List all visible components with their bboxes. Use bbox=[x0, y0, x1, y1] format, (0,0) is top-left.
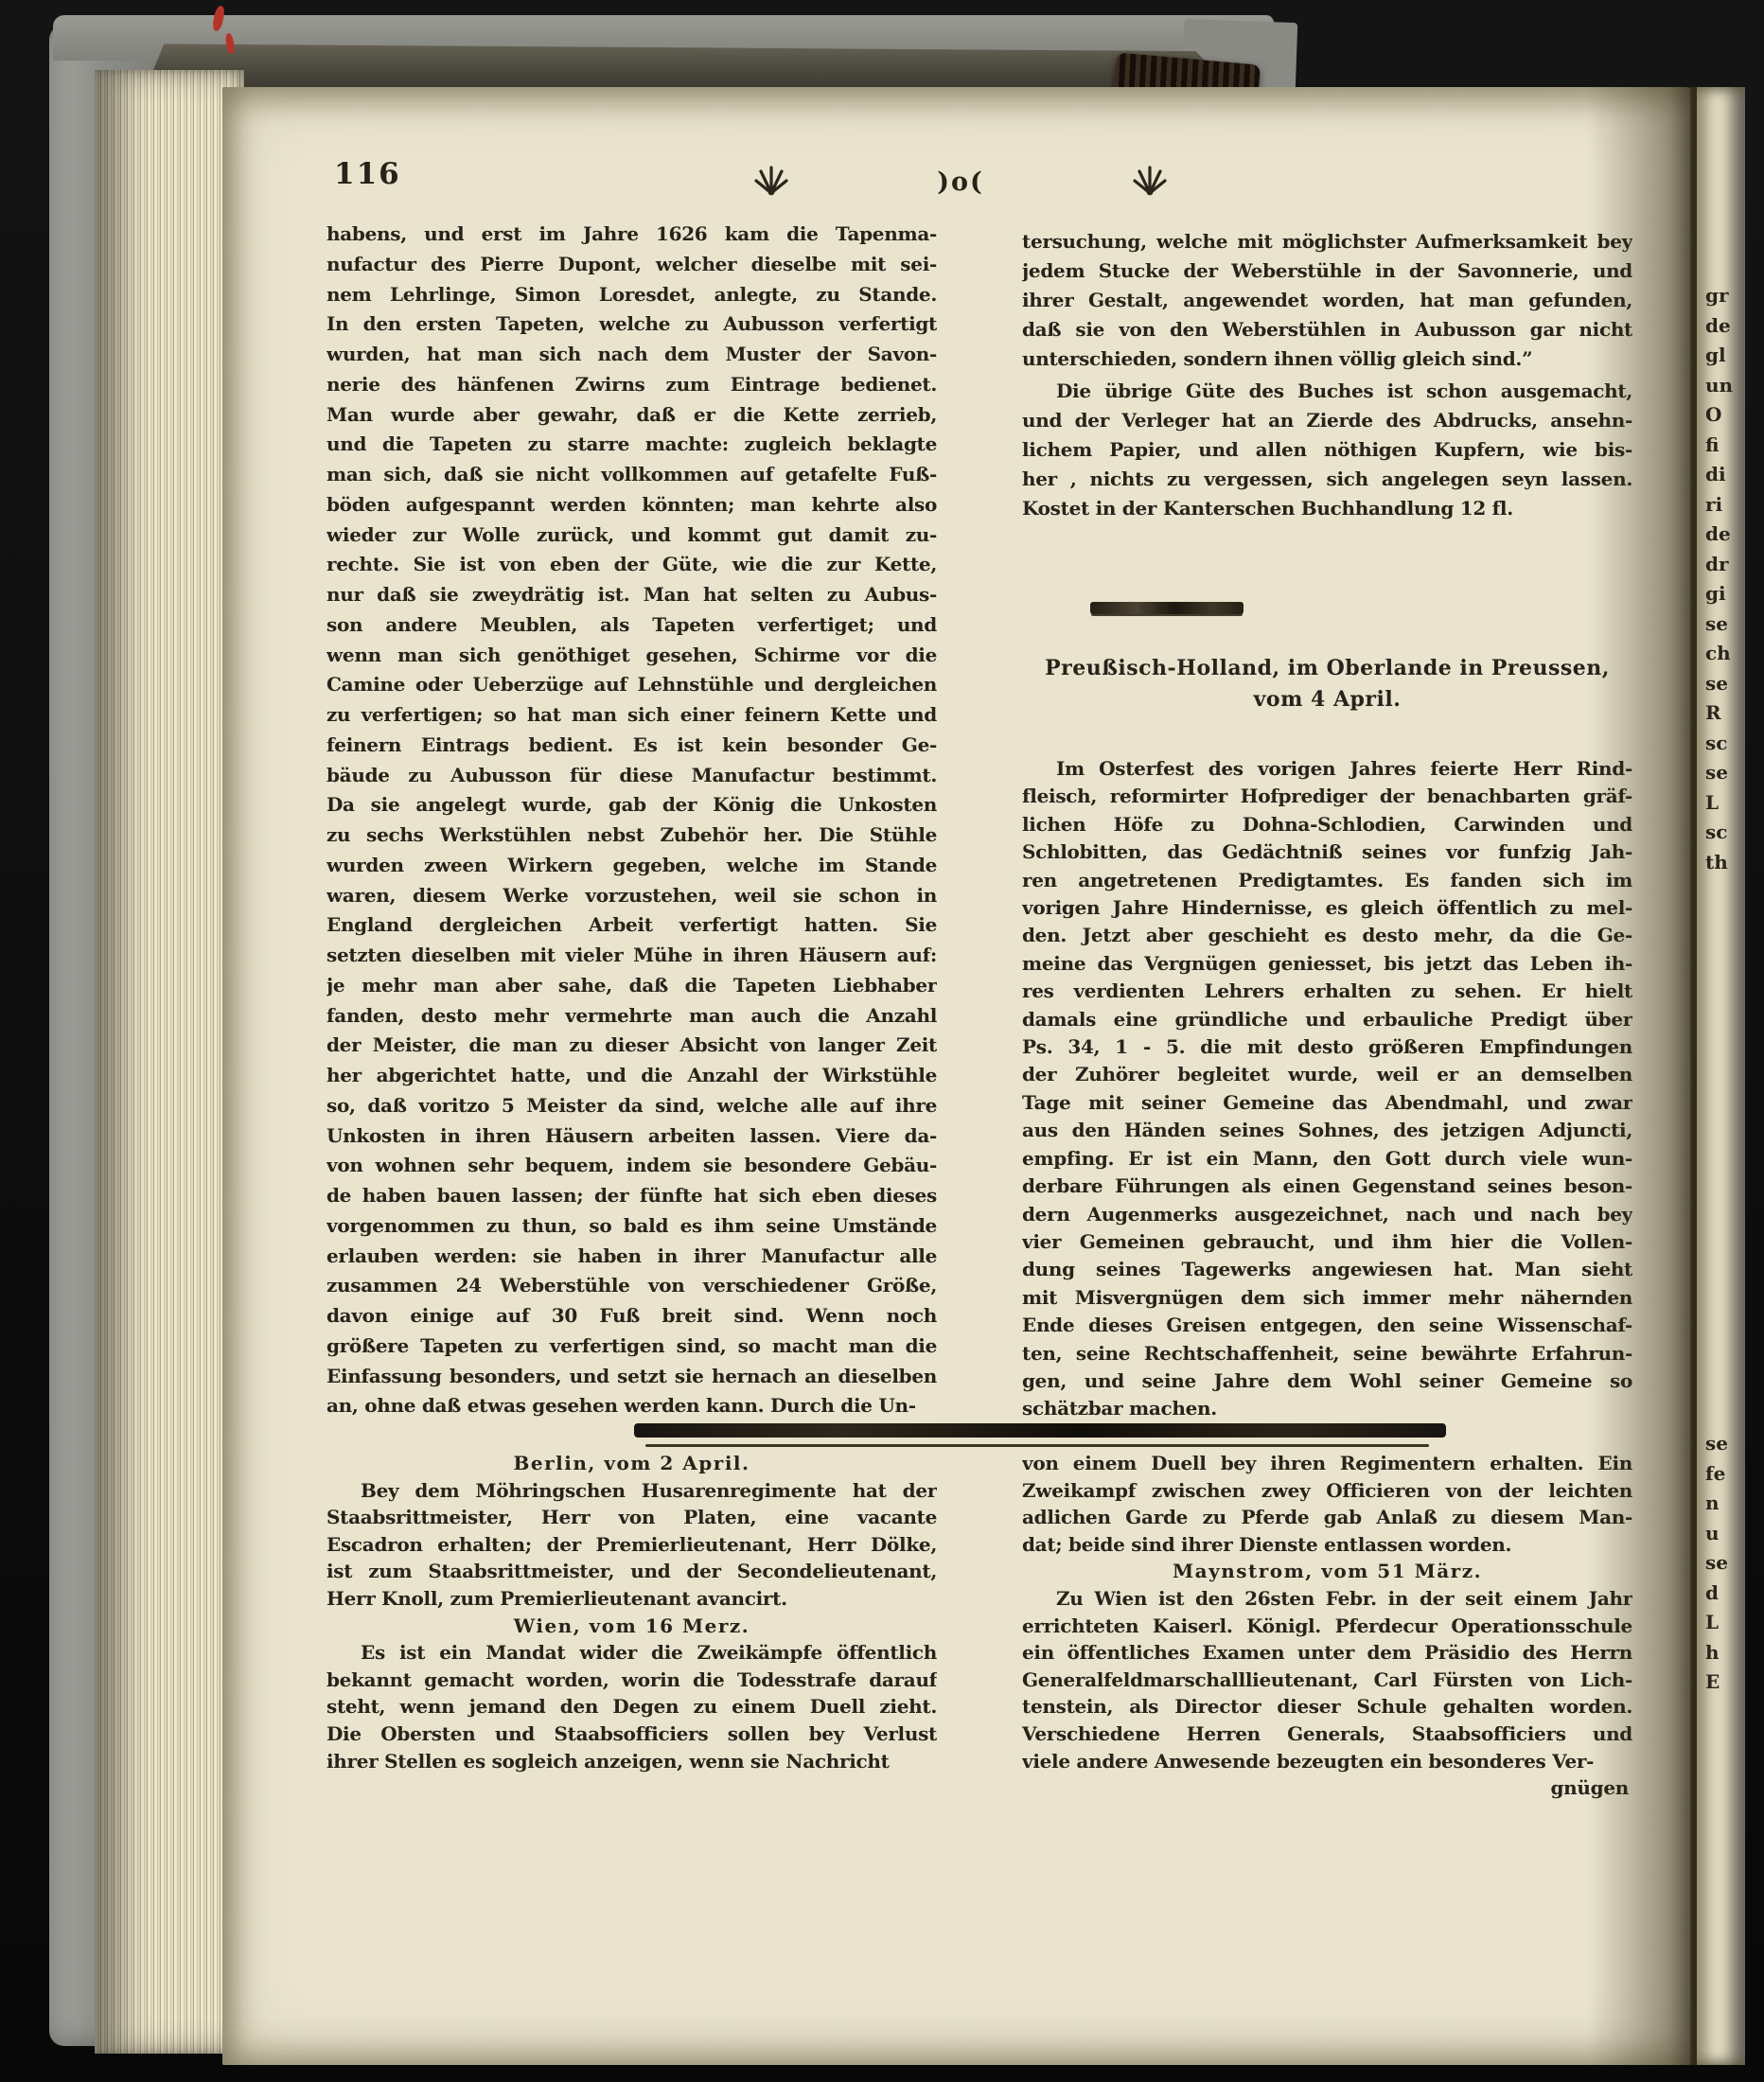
text-line: se bbox=[1705, 1548, 1745, 1579]
text-line: Im Osterfest des vorigen Jahres feierte … bbox=[1022, 755, 1632, 783]
paragraph-maynstrom: Zu Wien ist den 26sten Febr. in der seit… bbox=[1022, 1585, 1632, 1774]
text-line: gr bbox=[1705, 281, 1745, 311]
text-line: h bbox=[1705, 1638, 1745, 1668]
text-line: sc bbox=[1705, 729, 1745, 759]
text-line: unterschieden, sondern ihnen völlig glei… bbox=[1022, 344, 1632, 374]
text-line: und der Verleger hat an Zierde des Abdru… bbox=[1022, 406, 1632, 435]
text-line: res verdienten Lehrers erhalten zu sehen… bbox=[1022, 978, 1632, 1005]
text-line: dat; beide sind ihrer Dienste entlassen … bbox=[1022, 1531, 1632, 1559]
scanned-book-photo: 116 )o( habens, und erst im Jahre 1626 k… bbox=[0, 0, 1764, 2082]
text-line: vier Gemeinen gebraucht, und ihm hier di… bbox=[1022, 1228, 1632, 1256]
text-line: wurden zween Wirkern gegeben, welche im … bbox=[326, 851, 937, 881]
text-line: derbare Führungen als einen Gegenstand s… bbox=[1022, 1173, 1632, 1200]
heading-line: Preußisch-Holland, im Oberlande in Preus… bbox=[1022, 653, 1632, 684]
text-line: den. Jetzt aber geschieht es desto mehr,… bbox=[1022, 922, 1632, 949]
text-line: L bbox=[1705, 1608, 1745, 1638]
next-page-text-fragments: sefenusedLhE bbox=[1705, 1429, 1745, 1698]
text-line: wurden, hat man sich nach dem Muster der… bbox=[326, 340, 937, 370]
paragraph-book-notice: Die übrige Güte des Buches ist schon aus… bbox=[1022, 377, 1632, 523]
text-line: Da sie angelegt wurde, gab der König die… bbox=[326, 790, 937, 820]
text-line: so, daß voritzo 5 Meister da sind, welch… bbox=[326, 1091, 937, 1121]
text-line: ihrer Gestalt, angewendet worden, hat ma… bbox=[1022, 286, 1632, 315]
text-line: ein öffentliches Examen unter dem Präsid… bbox=[1022, 1639, 1632, 1667]
text-line: nur daß sie zweydrätig ist. Man hat selt… bbox=[326, 580, 937, 610]
text-line: Generalfeldmarschalllieutenant, Carl Für… bbox=[1022, 1667, 1632, 1694]
text-line: meine das Vergnügen geniesset, bis jetzt… bbox=[1022, 950, 1632, 978]
text-line: Unkosten in ihren Häusern arbeiten lasse… bbox=[326, 1121, 937, 1152]
text-line: d bbox=[1705, 1579, 1745, 1609]
text-line: Herr Knoll, zum Premierlieutenant avanci… bbox=[326, 1585, 937, 1613]
next-page-text-fragments: grdeglunOfidiridedrgisechseRscseLscth bbox=[1705, 281, 1745, 877]
text-line: lichen Höfe zu Dohna-Schlodien, Carwinde… bbox=[1022, 811, 1632, 838]
text-line: bekannt gemacht worden, worin die Todess… bbox=[326, 1667, 937, 1694]
text-line: Die übrige Güte des Buches ist schon aus… bbox=[1022, 377, 1632, 406]
text-line: vorigen Jahre Hindernisse, es gleich öff… bbox=[1022, 894, 1632, 922]
text-line: ri bbox=[1705, 490, 1745, 520]
dateline-maynstrom: Maynstrom, vom 51 März. bbox=[1022, 1558, 1632, 1585]
text-line: Es ist ein Mandat wider die Zweikämpfe ö… bbox=[326, 1639, 937, 1667]
left-text-column: habens, und erst im Jahre 1626 kam die T… bbox=[326, 220, 937, 1421]
dateline-wien: Wien, vom 16 Merz. bbox=[326, 1613, 937, 1640]
book-page: 116 )o( habens, und erst im Jahre 1626 k… bbox=[222, 87, 1692, 2065]
text-line: ch bbox=[1705, 639, 1745, 669]
text-line: zu verfertigen; so hat man sich einer fe… bbox=[326, 700, 937, 731]
text-line: daß sie von den Weberstühlen in Aubusson… bbox=[1022, 315, 1632, 344]
text-line: fe bbox=[1705, 1459, 1745, 1490]
catchword: gnügen bbox=[1022, 1774, 1632, 1802]
text-line: O bbox=[1705, 400, 1745, 431]
text-line: sc bbox=[1705, 818, 1745, 848]
text-line: Zu Wien ist den 26sten Febr. in der seit… bbox=[1022, 1585, 1632, 1613]
signature-mark: )o( bbox=[937, 168, 984, 197]
text-line: davon einige auf 30 Fuß breit sind. Wenn… bbox=[326, 1301, 937, 1332]
text-line: Kostet in der Kanterschen Buchhandlung 1… bbox=[1022, 494, 1632, 523]
text-line: Tage mit seiner Gemeine das Abendmahl, u… bbox=[1022, 1089, 1632, 1117]
text-line: nem Lehrlinge, Simon Loresdet, anlegte, … bbox=[326, 280, 937, 310]
bottom-right-column: von einem Duell bey ihren Regimentern er… bbox=[1022, 1450, 1632, 1802]
text-line: Zweikampf zwischen zwey Officieren von d… bbox=[1022, 1477, 1632, 1505]
text-line: je mehr man aber sahe, daß die Tapeten L… bbox=[326, 971, 937, 1001]
paragraph-review-end: tersuchung, welche mit möglichster Aufme… bbox=[1022, 227, 1632, 374]
text-line: zu sechs Werkstühlen nebst Zubehör her. … bbox=[326, 820, 937, 851]
text-line: her abgerichtet hatte, und die Anzahl de… bbox=[326, 1061, 937, 1091]
text-line: feinern Eintrags bedient. Es ist kein be… bbox=[326, 731, 937, 761]
text-line: mit Misvergnügen dem sich immer mehr näh… bbox=[1022, 1284, 1632, 1312]
text-line: habens, und erst im Jahre 1626 kam die T… bbox=[326, 220, 937, 250]
text-line: son andere Meublen, als Tapeten verferti… bbox=[326, 610, 937, 641]
text-line: und die Tapeten zu starre machte: zuglei… bbox=[326, 430, 937, 460]
text-line: se bbox=[1705, 758, 1745, 788]
text-line: de bbox=[1705, 520, 1745, 550]
text-line: ist zum Staabsrittmeister, und der Secon… bbox=[326, 1558, 937, 1585]
text-line: n bbox=[1705, 1489, 1745, 1519]
text-line: viele andere Anwesende bezeugten ein bes… bbox=[1022, 1748, 1632, 1775]
text-line: tenstein, als Director dieser Schule geh… bbox=[1022, 1693, 1632, 1720]
right-text-column: tersuchung, welche mit möglichster Aufme… bbox=[1022, 220, 1632, 1440]
section-divider-rule bbox=[1090, 602, 1244, 614]
text-line: Camine oder Ueberzüge auf Lehnstühle und… bbox=[326, 670, 937, 700]
text-line: nerie des hänfenen Zwirns zum Eintrage b… bbox=[326, 370, 937, 400]
text-line: R bbox=[1705, 698, 1745, 729]
shell-ornament-icon bbox=[1131, 163, 1169, 201]
text-line: bäude zu Aubusson für diese Manufactur b… bbox=[326, 761, 937, 791]
text-line: u bbox=[1705, 1519, 1745, 1549]
text-line: schätzbar machen. bbox=[1022, 1395, 1632, 1422]
gutter-shadow bbox=[1588, 87, 1692, 2065]
text-line: vorgenommen zu thun, so bald es ihm sein… bbox=[326, 1211, 937, 1242]
text-line: se bbox=[1705, 609, 1745, 640]
text-line: se bbox=[1705, 669, 1745, 699]
text-line: tersuchung, welche mit möglichster Aufme… bbox=[1022, 227, 1632, 256]
next-page-sliver: grdeglunOfidiridedrgisechseRscseLscth se… bbox=[1697, 87, 1745, 2065]
text-line: Schlobitten, das Gedächtniß seines vor f… bbox=[1022, 838, 1632, 866]
text-line: man sich, daß sie nicht vollkommen auf g… bbox=[326, 460, 937, 490]
text-line: an, ohne daß etwas gesehen werden kann. … bbox=[326, 1391, 937, 1421]
text-line: ren angetretenen Predigtamtes. Es fanden… bbox=[1022, 867, 1632, 894]
page-fold-crease bbox=[1690, 87, 1697, 2065]
thick-separator-rule bbox=[634, 1423, 1446, 1438]
text-line: ihrer Stellen es sogleich anzeigen, wenn… bbox=[326, 1748, 937, 1775]
bottom-left-column: Berlin, vom 2 April. Bey dem Möhringsche… bbox=[326, 1450, 937, 1774]
text-line: größere Tapeten zu verfertigen sind, so … bbox=[326, 1332, 937, 1362]
text-line: Ende dieses Greisen entgegen, den seine … bbox=[1022, 1312, 1632, 1339]
thin-separator-rule bbox=[645, 1444, 1429, 1447]
text-line: jedem Stucke der Weberstühle in der Savo… bbox=[1022, 256, 1632, 286]
text-line: dr bbox=[1705, 550, 1745, 580]
text-line: un bbox=[1705, 371, 1745, 401]
text-line: se bbox=[1705, 1429, 1745, 1459]
text-line: von wohnen sehr bequem, indem sie besond… bbox=[326, 1151, 937, 1181]
text-line: fleisch, reformirter Hofprediger der ben… bbox=[1022, 783, 1632, 810]
text-line: Man wurde aber gewahr, daß er die Kette … bbox=[326, 400, 937, 431]
text-line: erlauben werden: sie haben in ihrer Manu… bbox=[326, 1242, 937, 1272]
page-number: 116 bbox=[334, 157, 401, 191]
text-line: Ps. 34, 1 - 5. die mit desto größeren Em… bbox=[1022, 1033, 1632, 1061]
text-line: der Meister, die man zu dieser Absicht v… bbox=[326, 1031, 937, 1061]
text-line: E bbox=[1705, 1667, 1745, 1698]
text-line: de haben bauen lassen; der fünfte hat si… bbox=[326, 1181, 937, 1211]
text-line: ten, seine Rechtschaffenheit, seine bewä… bbox=[1022, 1340, 1632, 1367]
text-line: wenn man sich genöthiget gesehen, Schirm… bbox=[326, 641, 937, 671]
text-line: der Zuhörer begleitet wurde, weil er an … bbox=[1022, 1061, 1632, 1088]
heading-line: vom 4 April. bbox=[1022, 684, 1632, 715]
text-line: adlichen Garde zu Pferde gab Anlaß zu di… bbox=[1022, 1504, 1632, 1531]
shell-ornament-icon bbox=[752, 163, 790, 201]
text-line: errichteten Kaiserl. Königl. Pferdecur O… bbox=[1022, 1613, 1632, 1640]
text-line: aus den Händen seines Sohnes, des jetzig… bbox=[1022, 1117, 1632, 1144]
text-line: L bbox=[1705, 788, 1745, 819]
text-line: lichem Papier, und allen nöthigen Kupfer… bbox=[1022, 435, 1632, 465]
text-line: England dergleichen Arbeit verfertigt ha… bbox=[326, 910, 937, 941]
text-line: dern Augenmerks ausgezeichnet, nach und … bbox=[1022, 1201, 1632, 1228]
text-line: Verschiedene Herren Generals, Staabsoffi… bbox=[1022, 1720, 1632, 1748]
paragraph-wien-continued: von einem Duell bey ihren Regimentern er… bbox=[1022, 1450, 1632, 1558]
text-line: nufactur des Pierre Dupont, welcher dies… bbox=[326, 250, 937, 280]
text-line: di bbox=[1705, 460, 1745, 490]
text-line: wieder zur Wolle zurück, und kommt gut d… bbox=[326, 520, 937, 551]
paragraph-wien: Es ist ein Mandat wider die Zweikämpfe ö… bbox=[326, 1639, 937, 1774]
section-heading-preussisch-holland: Preußisch-Holland, im Oberlande in Preus… bbox=[1022, 653, 1632, 715]
text-line: Die Obersten und Staabsofficiers sollen … bbox=[326, 1720, 937, 1748]
paragraph-berlin: Bey dem Möhringschen Husarenregimente ha… bbox=[326, 1477, 937, 1613]
text-line: setzten dieselben mit vieler Mühe in ihr… bbox=[326, 941, 937, 971]
text-line: waren, diesem Werke vorzustehen, weil si… bbox=[326, 881, 937, 911]
text-line: damals eine gründliche und erbauliche Pr… bbox=[1022, 1006, 1632, 1033]
text-line: Bey dem Möhringschen Husarenregimente ha… bbox=[326, 1477, 937, 1505]
text-line: zusammen 24 Weberstühle von verschiedene… bbox=[326, 1271, 937, 1301]
text-line: Escadron erhalten; der Premierlieutenant… bbox=[326, 1531, 937, 1559]
text-line: de bbox=[1705, 311, 1745, 342]
text-line: Staabsrittmeister, Herr von Platen, eine… bbox=[326, 1504, 937, 1531]
header-ornaments: )o( bbox=[752, 163, 1169, 201]
text-line: gi bbox=[1705, 579, 1745, 609]
text-line: her , nichts zu vergessen, sich angelege… bbox=[1022, 465, 1632, 494]
text-line: böden aufgespannt werden könnten; man ke… bbox=[326, 490, 937, 520]
text-line: Einfassung besonders, und setzt sie hern… bbox=[326, 1362, 937, 1392]
text-line: dung seines Tagewerks angewiesen hat. Ma… bbox=[1022, 1256, 1632, 1283]
text-line: gen, und seine Jahre dem Wohl seiner Gem… bbox=[1022, 1367, 1632, 1395]
dateline-berlin: Berlin, vom 2 April. bbox=[326, 1450, 937, 1477]
text-line: th bbox=[1705, 848, 1745, 878]
text-line: fanden, desto mehr vermehrte man auch di… bbox=[326, 1001, 937, 1032]
text-line: rechte. Sie ist von eben der Güte, wie d… bbox=[326, 550, 937, 580]
text-line: empfing. Er ist ein Mann, den Gott durch… bbox=[1022, 1145, 1632, 1173]
text-line: von einem Duell bey ihren Regimentern er… bbox=[1022, 1450, 1632, 1477]
text-line: fi bbox=[1705, 431, 1745, 461]
text-line: steht, wenn jemand den Degen zu einem Du… bbox=[326, 1693, 937, 1720]
text-line: In den ersten Tapeten, welche zu Aubusso… bbox=[326, 309, 937, 340]
text-line: gl bbox=[1705, 341, 1745, 371]
section-body-preussisch-holland: Im Osterfest des vorigen Jahres feierte … bbox=[1022, 755, 1632, 1423]
